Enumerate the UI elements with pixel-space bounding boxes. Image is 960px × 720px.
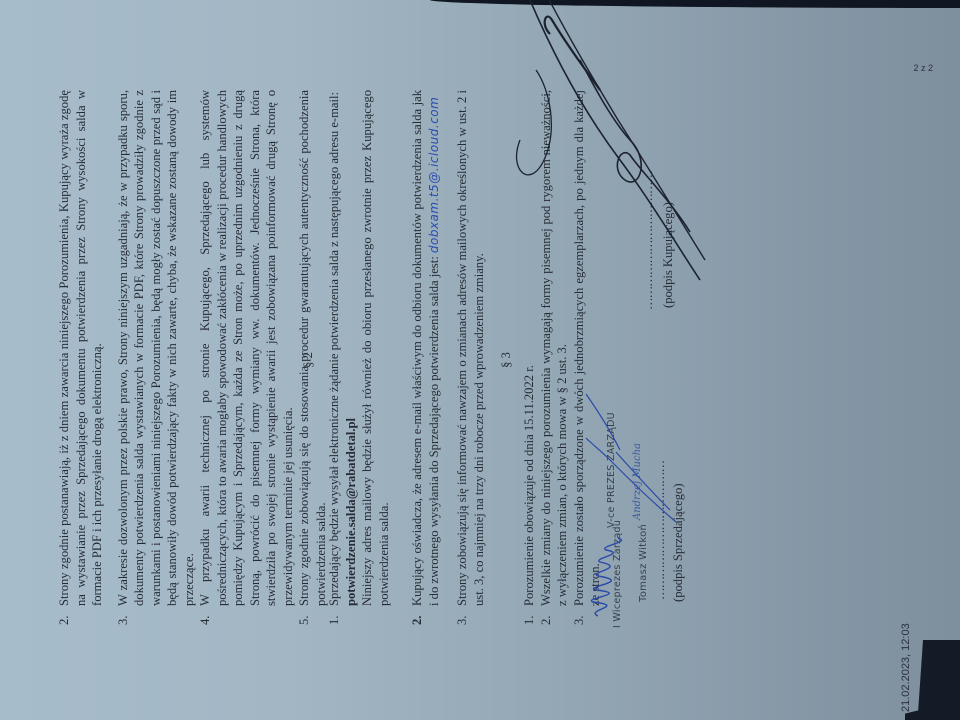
item-number: 4. xyxy=(197,606,296,625)
buyer-signature xyxy=(500,0,710,320)
item-number: 2. xyxy=(56,606,106,625)
item-text: Sprzedający będzie wysyłał elektroniczne… xyxy=(326,90,392,606)
page-number: 2 z 2 xyxy=(913,60,933,77)
section1-item-3: 3. W zakresie dozwolonym przez polskie p… xyxy=(115,90,198,625)
print-timestamp: 21.02.2023, 12:03 xyxy=(898,623,915,712)
item-number: 1. xyxy=(521,606,538,625)
item-number: 3. xyxy=(454,606,487,625)
seller-email-address: potwierdzenie.salda@rabatdetal.pl xyxy=(344,418,358,606)
item-number: 2. xyxy=(538,606,571,625)
item-text: Kupujący oświadcza, że adresem e-mail wł… xyxy=(409,90,442,606)
section1-item-4: 4. W przypadku awarii technicznej po str… xyxy=(197,90,296,625)
item-text-before: Sprzedający będzie wysyłał elektroniczne… xyxy=(327,92,341,606)
item-text: W zakresie dozwolonym przez polskie praw… xyxy=(115,90,198,606)
buyer-handwritten-email: dobxam.t5@.icloud.com xyxy=(427,97,441,253)
section1-list: 2. Strony zgodnie postanawiają, iż z dni… xyxy=(56,90,329,625)
item-number: 2. xyxy=(409,606,442,625)
item-text-after: Niniejszy adres mailowy będzie służył ró… xyxy=(360,90,391,606)
item-text: W przypadku awarii technicznej po stroni… xyxy=(197,90,296,606)
seller-signature-2 xyxy=(580,390,690,530)
section2-list: 1. Sprzedający będzie wysyłał elektronic… xyxy=(326,90,487,625)
item-text: Strony zobowiązują się informować nawzaj… xyxy=(454,90,487,606)
item-text: Strony zgodnie postanawiają, iż z dniem … xyxy=(56,90,106,606)
document-page: 2. Strony zgodnie postanawiają, iż z dni… xyxy=(0,0,960,720)
section2-item-3: 3. Strony zobowiązują się informować naw… xyxy=(454,90,487,625)
section2-item-1: 1. Sprzedający będzie wysyłał elektronic… xyxy=(326,90,392,625)
item-number: 1. xyxy=(326,606,392,625)
item-number: 3. xyxy=(115,606,198,625)
section2-item-2: 2. Kupujący oświadcza, że adresem e-mail… xyxy=(409,90,442,625)
section2-heading: § 2 xyxy=(300,0,317,720)
section1-item-2: 2. Strony zgodnie postanawiają, iż z dni… xyxy=(56,90,106,625)
